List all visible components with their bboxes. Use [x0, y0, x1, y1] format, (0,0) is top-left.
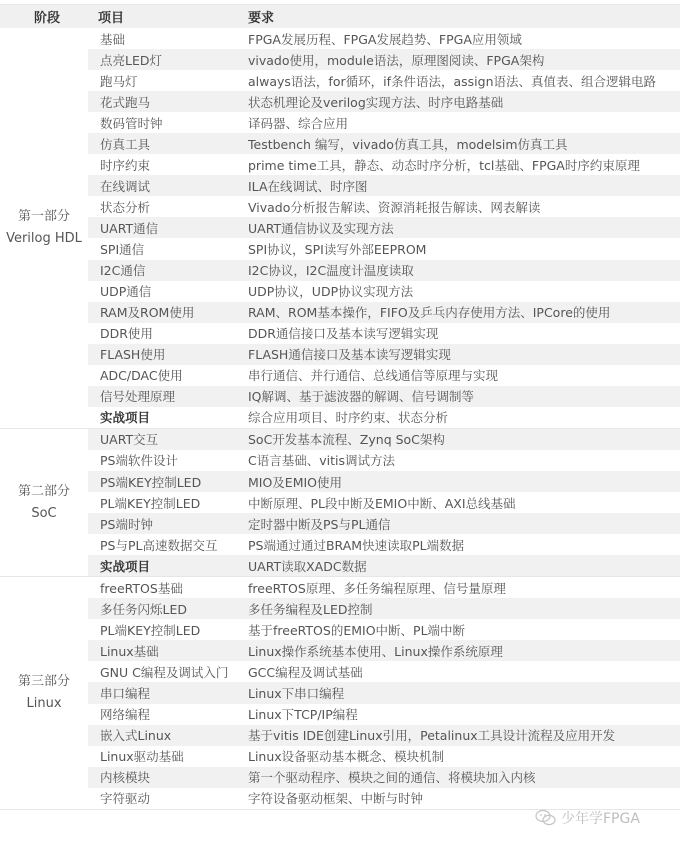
table-row: PL端KEY控制LED基于freeRTOS的EMIO中断、PL端中断	[88, 619, 680, 640]
row-item: 串口编程	[88, 684, 240, 702]
row-requirement: ILA在线调试、时序图	[240, 177, 680, 195]
table-row: 内核模块第一个驱动程序、模块之间的通信、将模块加入内核	[88, 767, 680, 788]
wechat-icon	[535, 809, 557, 827]
phase-title: 第二部分	[18, 481, 70, 503]
row-requirement: SoC开发基本流程、Zynq SoC架构	[240, 430, 680, 448]
row-requirement: FLASH通信接口及基本读写逻辑实现	[240, 345, 680, 363]
table-row: ADC/DAC使用串行通信、并行通信、总线通信等原理与实现	[88, 365, 680, 386]
header-item: 项目	[88, 7, 240, 26]
table-row: 状态分析Vivado分析报告解读、资源消耗报告解读、网表解读	[88, 196, 680, 217]
table-row: 在线调试ILA在线调试、时序图	[88, 175, 680, 196]
phase-subtitle: SoC	[31, 503, 56, 525]
table-row: UART通信UART通信协议及实现方法	[88, 217, 680, 238]
row-requirement: freeRTOS原理、多任务编程原理、信号量原理	[240, 579, 680, 597]
row-item: 内核模块	[88, 768, 240, 786]
row-requirement: 译码器、综合应用	[240, 114, 680, 132]
curriculum-table: 阶段 项目 要求 第一部分Verilog HDL基础FPGA发展历程、FPGA发…	[0, 4, 680, 810]
row-requirement: Linux下TCP/IP编程	[240, 705, 680, 723]
row-requirement: SPI协议，SPI读写外部EEPROM	[240, 240, 680, 258]
row-requirement: Linux下串口编程	[240, 684, 680, 702]
row-requirement: UART通信协议及实现方法	[240, 219, 680, 237]
table-row: GNU C编程及调试入门GCC编程及调试基础	[88, 661, 680, 682]
row-item: 嵌入式Linux	[88, 726, 240, 744]
table-row: 多任务闪烁LED多任务编程及LED控制	[88, 598, 680, 619]
table-row: 跑马灯always语法，for循环，if条件语法，assign语法、真值表、组合…	[88, 70, 680, 91]
row-requirement: 字符设备驱动框架、中断与时钟	[240, 789, 680, 807]
row-item: FLASH使用	[88, 345, 240, 363]
row-requirement: 基于freeRTOS的EMIO中断、PL端中断	[240, 621, 680, 639]
table-row: 实战项目综合应用项目、时序约束、状态分析	[88, 407, 680, 428]
row-requirement: DDR通信接口及基本读写逻辑实现	[240, 324, 680, 342]
row-item: PS端时钟	[88, 515, 240, 533]
row-requirement: RAM、ROM基本操作，FIFO及乒乓内存使用方法、IPCore的使用	[240, 303, 680, 321]
table-body: 第一部分Verilog HDL基础FPGA发展历程、FPGA发展趋势、FPGA应…	[0, 28, 680, 810]
row-item: PS端软件设计	[88, 451, 240, 469]
table-row: 点亮LED灯vivado使用，module语法，原理图阅读、FPGA架构	[88, 49, 680, 70]
table-row: PS与PL高速数据交互PS端通过通过BRAM快速读取PL端数据	[88, 534, 680, 555]
table-row: Linux基础Linux操作系统基本使用、Linux操作系统原理	[88, 640, 680, 661]
row-item: 花式跑马	[88, 93, 240, 111]
row-requirement: 第一个驱动程序、模块之间的通信、将模块加入内核	[240, 768, 680, 786]
table-row: PS端KEY控制LEDMIO及EMIO使用	[88, 471, 680, 492]
row-requirement: GCC编程及调试基础	[240, 663, 680, 681]
table-row: PS端时钟定时器中断及PS与PL通信	[88, 513, 680, 534]
header-requirement: 要求	[240, 7, 680, 26]
table-row: 嵌入式Linux基于vitis IDE创建Linux引用，Petalinux工具…	[88, 725, 680, 746]
row-item: GNU C编程及调试入门	[88, 663, 240, 681]
phase-title: 第三部分	[18, 671, 70, 693]
table-row: 字符驱动字符设备驱动框架、中断与时钟	[88, 788, 680, 809]
row-item: 跑马灯	[88, 72, 240, 90]
watermark: 少年学FPGA	[535, 808, 640, 828]
row-item: UART交互	[88, 430, 240, 448]
table-row: freeRTOS基础freeRTOS原理、多任务编程原理、信号量原理	[88, 577, 680, 598]
row-requirement: 状态机理论及verilog实现方法、时序电路基础	[240, 93, 680, 111]
table-row: UDP通信UDP协议，UDP协议实现方法	[88, 281, 680, 302]
table-row: 网络编程Linux下TCP/IP编程	[88, 704, 680, 725]
row-item: I2C通信	[88, 261, 240, 279]
table-row: 基础FPGA发展历程、FPGA发展趋势、FPGA应用领域	[88, 28, 680, 49]
row-item: PL端KEY控制LED	[88, 621, 240, 639]
table-row: RAM及ROM使用RAM、ROM基本操作，FIFO及乒乓内存使用方法、IPCor…	[88, 302, 680, 323]
row-requirement: Linux设备驱动基本概念、模块机制	[240, 747, 680, 765]
row-requirement: IQ解调、基于滤波器的解调、信号调制等	[240, 387, 680, 405]
row-item: 时序约束	[88, 156, 240, 174]
row-requirement: UDP协议，UDP协议实现方法	[240, 282, 680, 300]
table-row: PS端软件设计C语言基础、vitis调试方法	[88, 450, 680, 471]
row-item: freeRTOS基础	[88, 579, 240, 597]
row-item: 仿真工具	[88, 135, 240, 153]
row-requirement: vivado使用，module语法，原理图阅读、FPGA架构	[240, 51, 680, 69]
row-item: 多任务闪烁LED	[88, 600, 240, 618]
row-requirement: C语言基础、vitis调试方法	[240, 451, 680, 469]
row-item: 基础	[88, 30, 240, 48]
row-item: 实战项目	[88, 408, 240, 426]
row-requirement: Linux操作系统基本使用、Linux操作系统原理	[240, 642, 680, 660]
phase-subtitle: Linux	[26, 693, 61, 715]
row-requirement: FPGA发展历程、FPGA发展趋势、FPGA应用领域	[240, 30, 680, 48]
row-item: 实战项目	[88, 557, 240, 575]
row-requirement: always语法，for循环，if条件语法，assign语法、真值表、组合逻辑电…	[240, 72, 680, 90]
row-requirement: 综合应用项目、时序约束、状态分析	[240, 408, 680, 426]
row-item: 点亮LED灯	[88, 51, 240, 69]
row-item: UART通信	[88, 219, 240, 237]
table-row: 信号处理原理IQ解调、基于滤波器的解调、信号调制等	[88, 386, 680, 407]
row-requirement: UART读取XADC数据	[240, 557, 680, 575]
row-item: 信号处理原理	[88, 387, 240, 405]
row-item: PS与PL高速数据交互	[88, 536, 240, 554]
row-item: PL端KEY控制LED	[88, 494, 240, 512]
row-item: 在线调试	[88, 177, 240, 195]
watermark-text: 少年学FPGA	[561, 808, 640, 828]
row-item: 数码管时钟	[88, 114, 240, 132]
row-item: DDR使用	[88, 324, 240, 342]
row-item: UDP通信	[88, 282, 240, 300]
row-item: SPI通信	[88, 240, 240, 258]
row-requirement: 定时器中断及PS与PL通信	[240, 515, 680, 533]
table-row: PL端KEY控制LED中断原理、PL段中断及EMIO中断、AXI总线基础	[88, 492, 680, 513]
table-row: 时序约束prime time工具，静态、动态时序分析，tcl基础、FPGA时序约…	[88, 154, 680, 175]
row-item: 字符驱动	[88, 789, 240, 807]
row-requirement: prime time工具，静态、动态时序分析，tcl基础、FPGA时序约束原理	[240, 156, 680, 174]
section-3: 第三部分LinuxfreeRTOS基础freeRTOS原理、多任务编程原理、信号…	[0, 577, 680, 810]
row-requirement: 基于vitis IDE创建Linux引用，Petalinux工具设计流程及应用开…	[240, 726, 680, 744]
row-requirement: Vivado分析报告解读、资源消耗报告解读、网表解读	[240, 198, 680, 216]
row-item: Linux驱动基础	[88, 747, 240, 765]
row-item: 网络编程	[88, 705, 240, 723]
row-item: 状态分析	[88, 198, 240, 216]
table-header: 阶段 项目 要求	[0, 4, 680, 28]
table-row: 花式跑马状态机理论及verilog实现方法、时序电路基础	[88, 91, 680, 112]
row-item: RAM及ROM使用	[88, 303, 240, 321]
phase-title: 第一部分	[18, 206, 70, 228]
table-row: FLASH使用FLASH通信接口及基本读写逻辑实现	[88, 344, 680, 365]
phase-label: 第三部分Linux	[0, 577, 88, 809]
row-item: Linux基础	[88, 642, 240, 660]
row-requirement: I2C协议，I2C温度计温度读取	[240, 261, 680, 279]
section-2: 第二部分SoCUART交互SoC开发基本流程、Zynq SoC架构PS端软件设计…	[0, 429, 680, 577]
header-phase: 阶段	[0, 7, 88, 26]
row-requirement: 中断原理、PL段中断及EMIO中断、AXI总线基础	[240, 494, 680, 512]
row-item: ADC/DAC使用	[88, 366, 240, 384]
table-row: UART交互SoC开发基本流程、Zynq SoC架构	[88, 429, 680, 450]
row-requirement: 多任务编程及LED控制	[240, 600, 680, 618]
table-row: 实战项目UART读取XADC数据	[88, 555, 680, 576]
row-requirement: Testbench 编写，vivado仿真工具，modelsim仿真工具	[240, 135, 680, 153]
table-row: 数码管时钟译码器、综合应用	[88, 112, 680, 133]
row-requirement: MIO及EMIO使用	[240, 473, 680, 491]
row-requirement: 串行通信、并行通信、总线通信等原理与实现	[240, 366, 680, 384]
row-item: PS端KEY控制LED	[88, 473, 240, 491]
phase-label: 第一部分Verilog HDL	[0, 28, 88, 428]
row-requirement: PS端通过通过BRAM快速读取PL端数据	[240, 536, 680, 554]
table-row: I2C通信I2C协议，I2C温度计温度读取	[88, 260, 680, 281]
table-row: Linux驱动基础Linux设备驱动基本概念、模块机制	[88, 746, 680, 767]
table-row: SPI通信SPI协议，SPI读写外部EEPROM	[88, 238, 680, 259]
phase-subtitle: Verilog HDL	[6, 228, 82, 250]
phase-label: 第二部分SoC	[0, 429, 88, 576]
table-row: 仿真工具Testbench 编写，vivado仿真工具，modelsim仿真工具	[88, 133, 680, 154]
section-1: 第一部分Verilog HDL基础FPGA发展历程、FPGA发展趋势、FPGA应…	[0, 28, 680, 429]
table-row: 串口编程Linux下串口编程	[88, 682, 680, 703]
table-row: DDR使用DDR通信接口及基本读写逻辑实现	[88, 323, 680, 344]
